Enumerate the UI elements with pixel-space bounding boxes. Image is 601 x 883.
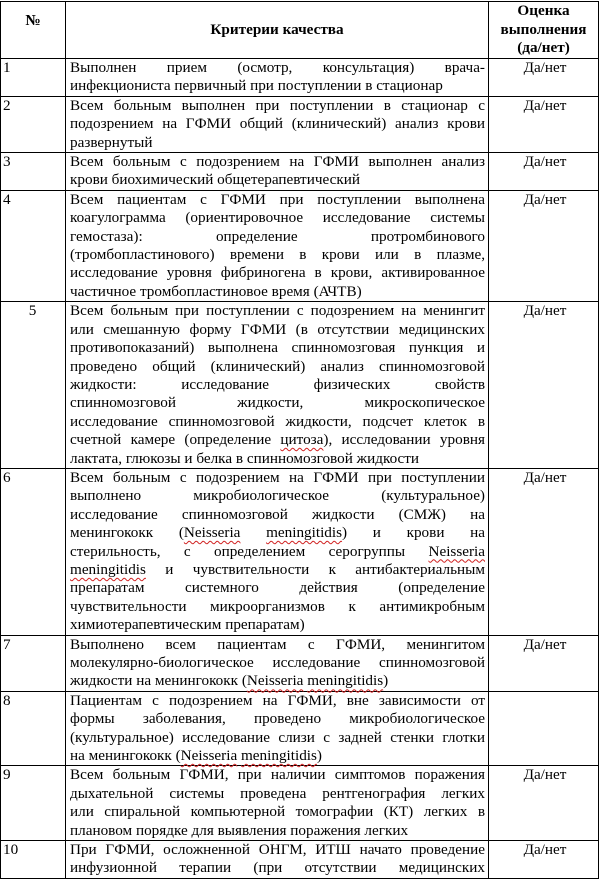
criterion-line: менингококк (Neisseria meningitidis) и к…: [70, 524, 485, 542]
criterion-line: (тромбопластинового) времени в крови или…: [70, 246, 485, 264]
spellcheck-underline: Neisseria: [181, 747, 238, 764]
criterion-text: Всем больным с подозрением на ГФМИ выпол…: [66, 153, 489, 191]
criterion-line: на менингококк (Neisseria meningitidis): [70, 747, 485, 765]
row-number: 10: [1, 841, 66, 879]
row-number: 3: [1, 153, 66, 191]
criterion-line: жидкости на менингококк (Neisseria menin…: [70, 672, 485, 690]
criterion-line: Выполнен прием (осмотр, консультация) вр…: [70, 59, 485, 77]
criterion-line: (культуральное) исследование слизи с зад…: [70, 729, 485, 747]
criterion-line: молекулярно-биологическое исследование с…: [70, 654, 485, 672]
criterion-line: плановом порядке для выявления поражения…: [70, 822, 485, 840]
table-row: 6Всем больным с подозрением на ГФМИ при …: [1, 468, 599, 635]
table-row: 7Выполнено всем пациентам с ГФМИ, менинг…: [1, 635, 599, 691]
criterion-line: выполнено микробиологическое (культураль…: [70, 487, 485, 505]
criterion-line: препаратам системного действия (определе…: [70, 579, 485, 597]
criterion-line: чувствительности микроорганизмов к антим…: [70, 598, 485, 616]
criterion-line: развернутый: [70, 134, 485, 152]
header-grade: Оценка выполнения (да/нет): [489, 2, 599, 59]
grade-cell: Да/нет: [489, 190, 599, 301]
grade-cell: Да/нет: [489, 635, 599, 691]
criterion-line: Всем больным с подозрением на ГФМИ выпол…: [70, 153, 485, 171]
criterion-line: жидкости: исследование физических свойст…: [70, 376, 485, 394]
grade-cell: Да/нет: [489, 59, 599, 97]
criterion-line: meningitidis и чувствительности к антиба…: [70, 561, 485, 579]
criterion-line: химиотерапевтическим препаратам): [70, 616, 485, 634]
criterion-line: Всем больным ГФМИ, при наличии симптомов…: [70, 766, 485, 784]
criterion-line: Всем больным выполнен при поступлении в …: [70, 97, 485, 115]
criterion-line: противопоказаний) выполнена спинномозгов…: [70, 339, 485, 357]
criterion-line: инфузионной терапии (при отсутствии меди…: [70, 859, 485, 877]
criterion-line: счетной камере (определение цитоза), исс…: [70, 431, 485, 449]
criterion-line: исследование спинномозговой жидкости, по…: [70, 413, 485, 431]
criterion-line: или смешанную форму ГФМИ (в отсутствии м…: [70, 321, 485, 339]
criterion-line: При ГФМИ, осложненной ОНГМ, ИТШ начато п…: [70, 841, 485, 859]
criterion-line: стерильность, с определением серогруппы …: [70, 543, 485, 561]
criterion-line: или спиральной компьютерной томографии (…: [70, 803, 485, 821]
criterion-line: формы заболевания, проведено микробиолог…: [70, 710, 485, 728]
spellcheck-underline: meningitidis: [241, 747, 317, 764]
row-number: 6: [1, 468, 66, 635]
row-number: 5: [1, 302, 66, 469]
table-row: 10При ГФМИ, осложненной ОНГМ, ИТШ начато…: [1, 841, 599, 879]
spellcheck-underline: Neisseria: [247, 672, 304, 689]
criterion-text: Всем больным при поступлении с подозрени…: [66, 302, 489, 469]
criterion-text: Всем пациентам с ГФМИ при поступлении вы…: [66, 190, 489, 301]
grade-cell: Да/нет: [489, 766, 599, 841]
spellcheck-underline: meningitidis: [307, 672, 383, 689]
criterion-line: гемостаза): определение протромбинового: [70, 228, 485, 246]
spellcheck-underline: meningitidis: [266, 524, 342, 541]
grade-cell: Да/нет: [489, 96, 599, 152]
spellcheck-underline: Neisseria: [428, 543, 485, 560]
grade-cell: Да/нет: [489, 841, 599, 879]
criterion-line: дыхательной системы проведена рентгеногр…: [70, 785, 485, 803]
row-number: 9: [1, 766, 66, 841]
table-row: 4Всем пациентам с ГФМИ при поступлении в…: [1, 190, 599, 301]
row-number: 2: [1, 96, 66, 152]
header-number: №: [1, 2, 66, 59]
criterion-line: проведено общий (клинический) анализ спи…: [70, 358, 485, 376]
criterion-text: Пациентам с подозрением на ГФМИ, вне зав…: [66, 691, 489, 766]
table-body: 1Выполнен прием (осмотр, консультация) в…: [1, 59, 599, 879]
table-row: 9Всем больным ГФМИ, при наличии симптомо…: [1, 766, 599, 841]
spellcheck-underline: Neisseria: [184, 524, 241, 541]
criterion-line: коагулограмма (ориентировочное исследова…: [70, 209, 485, 227]
table-row: 1Выполнен прием (осмотр, консультация) в…: [1, 59, 599, 97]
quality-criteria-table: № Критерии качества Оценка выполнения (д…: [0, 1, 599, 879]
criterion-line: Всем пациентам с ГФМИ при поступлении вы…: [70, 191, 485, 209]
criterion-text: Всем больным ГФМИ, при наличии симптомов…: [66, 766, 489, 841]
spellcheck-underline: цитоза: [280, 431, 323, 448]
table-row: 2Всем больным выполнен при поступлении в…: [1, 96, 599, 152]
criterion-line: исследование спинномозговой жидкости (СМ…: [70, 506, 485, 524]
criterion-line: лактата, глюкозы и белка в спинномозгово…: [70, 450, 485, 468]
criterion-line: Всем больным при поступлении с подозрени…: [70, 302, 485, 320]
row-number: 4: [1, 190, 66, 301]
grade-cell: Да/нет: [489, 302, 599, 469]
criterion-text: Всем больным выполнен при поступлении в …: [66, 96, 489, 152]
row-number: 7: [1, 635, 66, 691]
table-row: 3Всем больным с подозрением на ГФМИ выпо…: [1, 153, 599, 191]
spellcheck-underline: meningitidis: [70, 561, 146, 578]
criterion-text: При ГФМИ, осложненной ОНГМ, ИТШ начато п…: [66, 841, 489, 879]
table-row: 8Пациентам с подозрением на ГФМИ, вне за…: [1, 691, 599, 766]
criterion-line: частичное тромбопластиновое время (АЧТВ): [70, 283, 485, 301]
grade-cell: Да/нет: [489, 468, 599, 635]
grade-cell: [489, 691, 599, 766]
criterion-line: инфекциониста первичный при поступлении …: [70, 77, 485, 95]
criterion-text: Выполнен прием (осмотр, консультация) вр…: [66, 59, 489, 97]
criterion-line: крови биохимический общетерапевтический: [70, 171, 485, 189]
criterion-text: Выполнено всем пациентам с ГФМИ, менинги…: [66, 635, 489, 691]
grade-cell: Да/нет: [489, 153, 599, 191]
row-number: 1: [1, 59, 66, 97]
row-number: 8: [1, 691, 66, 766]
criterion-line: исследование уровня фибриногена в крови,…: [70, 264, 485, 282]
criterion-text: Всем больным с подозрением на ГФМИ при п…: [66, 468, 489, 635]
criterion-line: подозрением на ГФМИ общий (клинический) …: [70, 115, 485, 133]
table-header-row: № Критерии качества Оценка выполнения (д…: [1, 2, 599, 59]
header-criteria: Критерии качества: [66, 2, 489, 59]
table-row: 5Всем больным при поступлении с подозрен…: [1, 302, 599, 469]
criterion-line: Выполнено всем пациентам с ГФМИ, менинги…: [70, 636, 485, 654]
criterion-line: спинномозговой жидкости, микроскопическо…: [70, 394, 485, 412]
criterion-line: Пациентам с подозрением на ГФМИ, вне зав…: [70, 692, 485, 710]
criterion-line: Всем больным с подозрением на ГФМИ при п…: [70, 469, 485, 487]
